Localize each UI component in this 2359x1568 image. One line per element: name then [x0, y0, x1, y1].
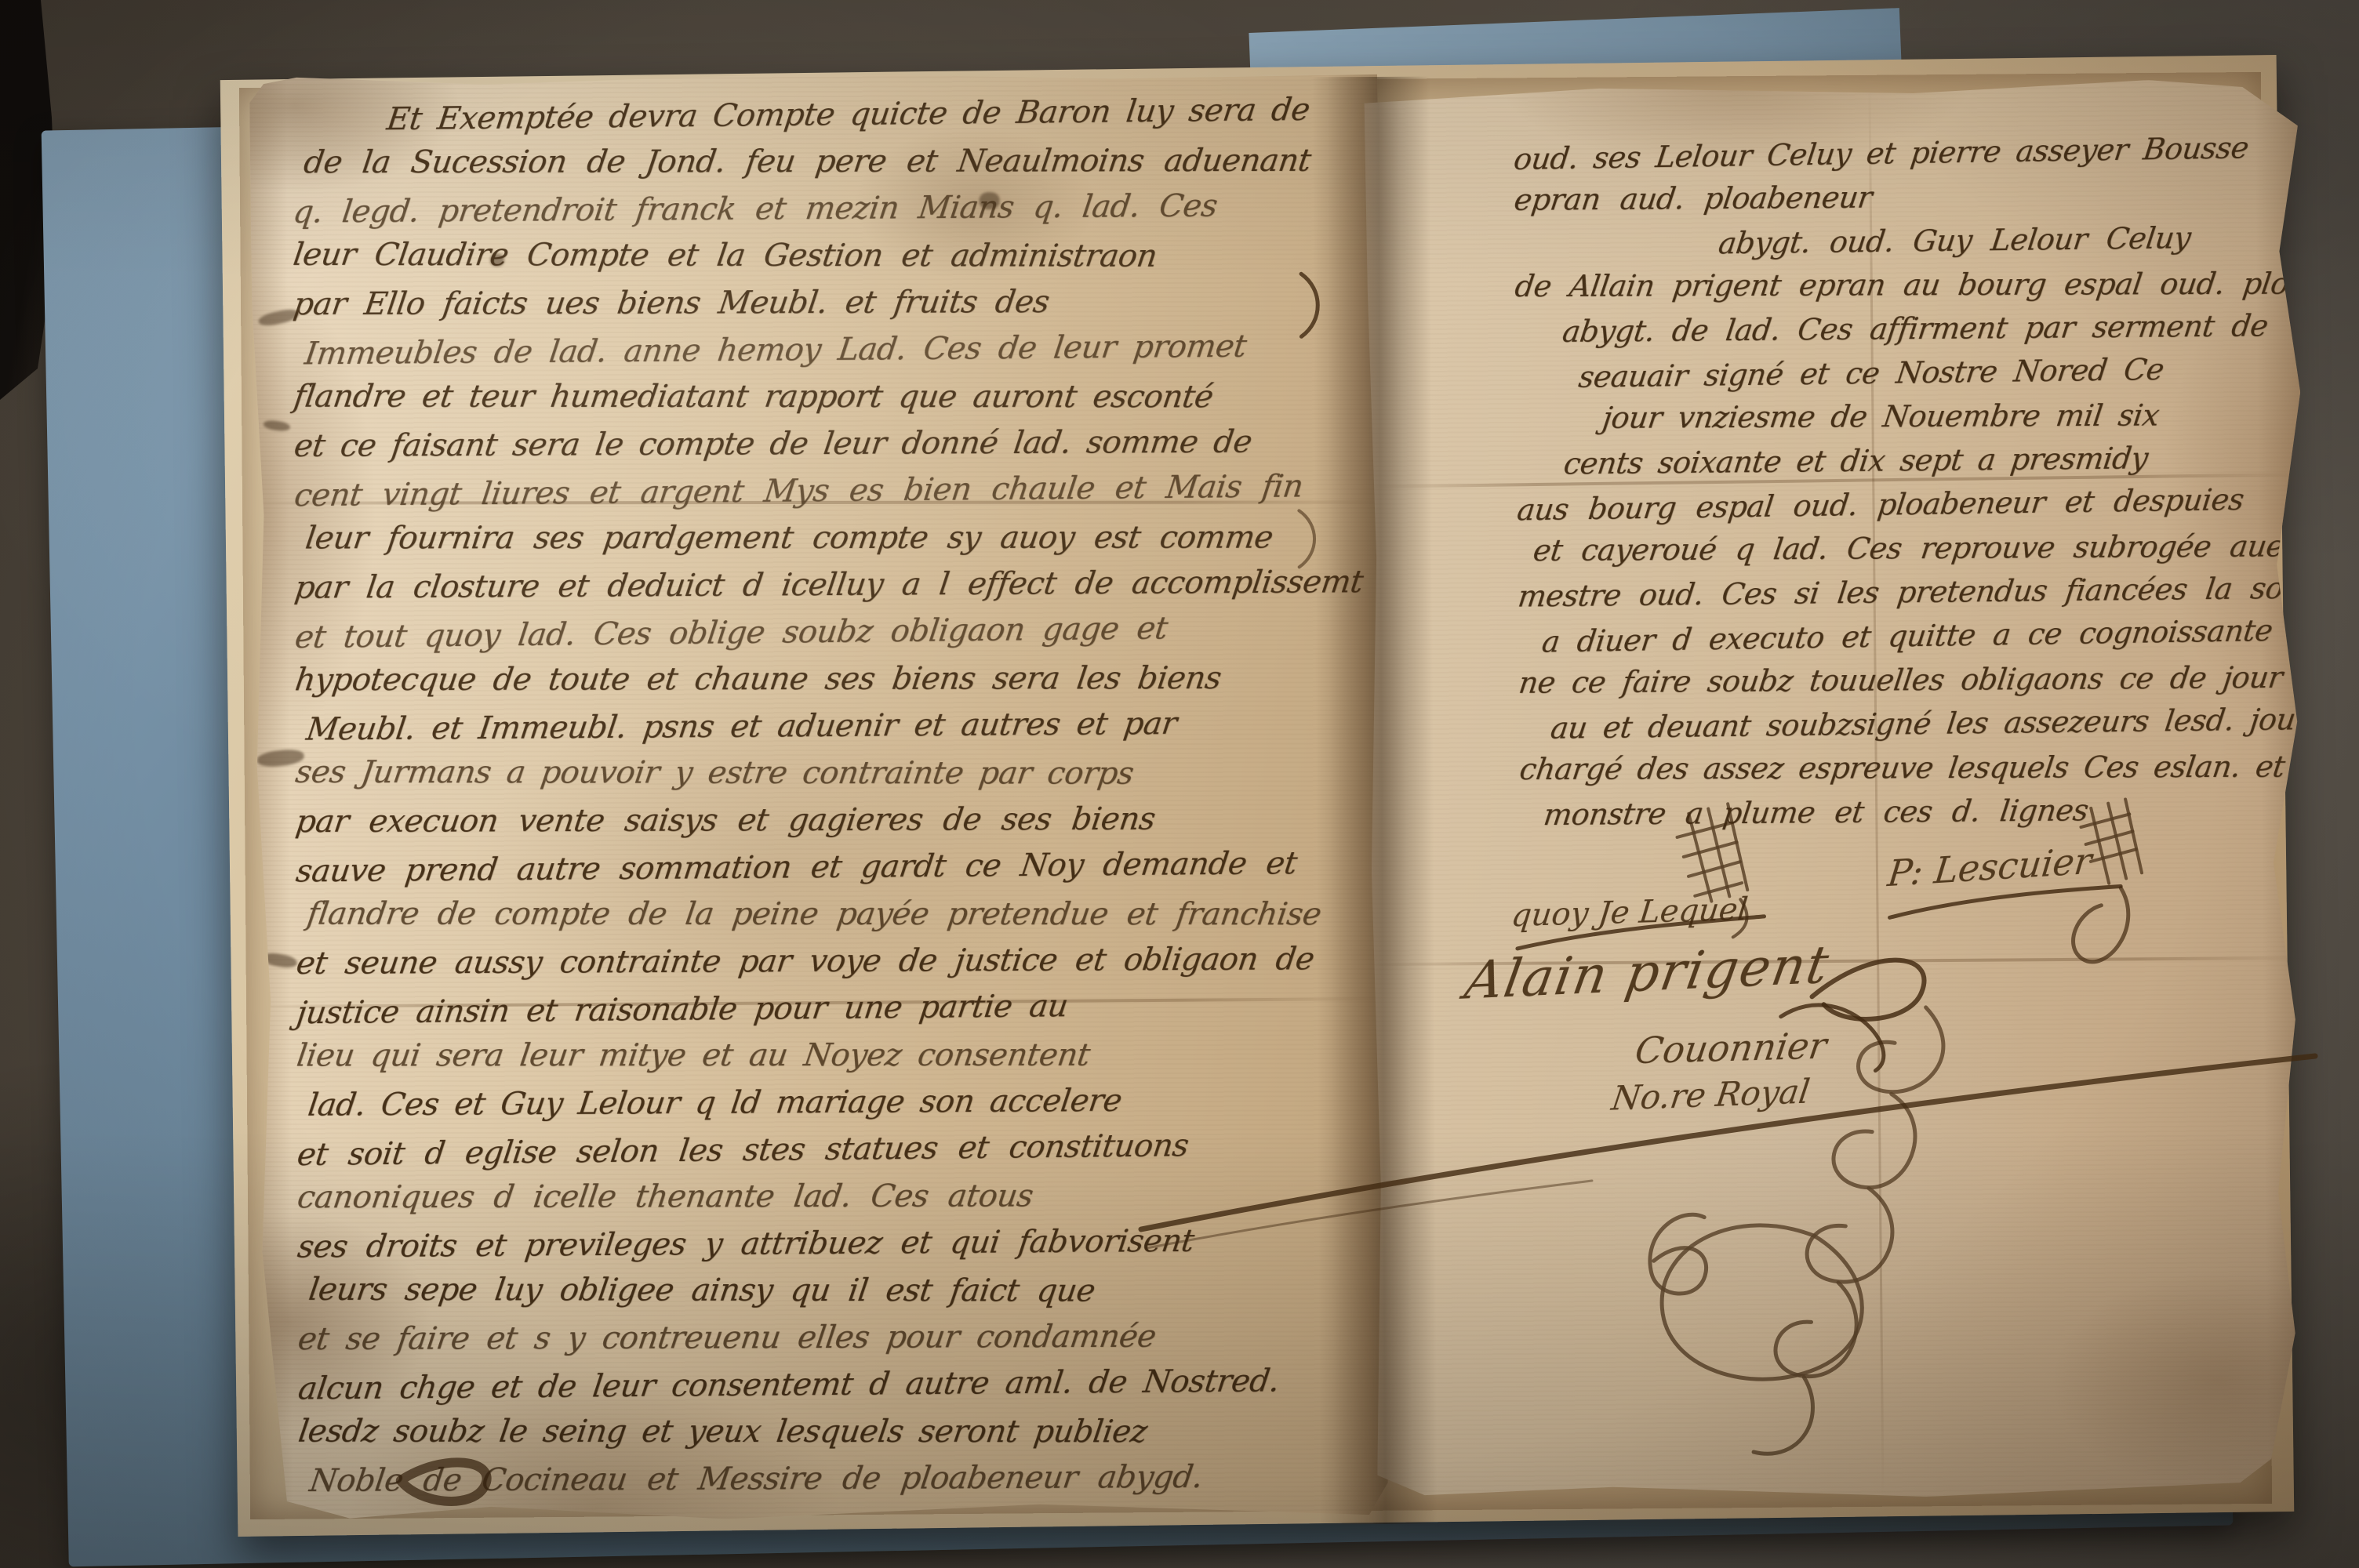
left-manuscript-page: Et Exemptée devra Compte quicte de Baron… — [249, 71, 1388, 1525]
manuscript-line: et soit d eglise selon les stes statues … — [294, 1120, 1361, 1178]
right-manuscript-page: oud. ses Lelour Celuy et pierre asseyer … — [1364, 78, 2310, 1501]
manuscript-line: sauve prend autre sommation et gardt ce … — [293, 839, 1360, 895]
manuscript-line: seauair signé et ce Nostre Nored Ce — [1576, 346, 2276, 399]
notary-signature: P: Lescuier — [1885, 840, 2094, 895]
manuscript-line: lieu qui sera leur mitye et au Noyez con… — [294, 1031, 1361, 1079]
manuscript-line: monstre a plume et ces d. lignes — [1541, 786, 2280, 837]
manuscript-line: leur fournira ses pardgement compte sy a… — [303, 514, 1358, 561]
manuscript-line: de la Sucession de Jond. feu pere et Nea… — [301, 137, 1357, 187]
manuscript-line: Et Exemptée devra Compte quicte de Baron… — [384, 85, 1357, 143]
right-page-text-block: oud. ses Lelour Celuy et pierre asseyer … — [1514, 129, 2277, 839]
manuscript-line: alcun chge et de leur consentemt d autre… — [296, 1356, 1362, 1412]
notary-title: No.re Royal — [1609, 1073, 1812, 1118]
secondary-signature: Couonnier — [1632, 1025, 1829, 1073]
manuscript-line: et se faire et s y contreuenu elles pour… — [295, 1312, 1361, 1363]
manuscript-line: au et deuant soubzsigné les assezeurs le… — [1548, 697, 2279, 750]
manuscript-line: et tout quoy lad. Ces oblige soubz oblig… — [292, 603, 1358, 661]
manuscript-line: q. legd. pretendroit franck et mezin Mia… — [290, 181, 1357, 235]
manuscript-line: Noble de Cocineau et Messire de ploabene… — [307, 1453, 1362, 1504]
manuscript-line: et ce faisant sera le compte de leur don… — [291, 418, 1358, 470]
manuscript-line: epran aud. ploabeneur — [1511, 172, 2274, 222]
manuscript-line: cent vingt liures et argent Mys es bien … — [292, 463, 1358, 520]
manuscript-line: abygt. de lad. Ces affirment par serment… — [1560, 303, 2275, 354]
manuscript-line: aus bourg espal oud. ploabeneur et despu… — [1514, 477, 2277, 532]
manuscript-line: hypotecque de toute et chaune ses biens … — [292, 655, 1358, 704]
manuscript-line: jour vnziesme de Nouembre mil six — [1600, 393, 2277, 440]
manuscript-line: par la closture et deduict d icelluy a l… — [292, 558, 1358, 612]
manuscript-line: ses Jurmans a pouvoir y estre contrainte… — [293, 749, 1360, 797]
manuscript-line: de Allain prigent epran au bourg espal o… — [1512, 262, 2275, 308]
manuscript-line: ne ce faire soubz touuelles obligaons ce… — [1516, 655, 2278, 705]
manuscript-line: Meubl. et Immeubl. psns et aduenir et au… — [304, 699, 1359, 753]
manuscript-line: et cayeroué q lad. Ces reprouve subrogée… — [1531, 524, 2278, 572]
manuscript-line: par execuon vente saisys et gagieres de … — [293, 795, 1359, 845]
photograph-of-manuscript: Et Exemptée devra Compte quicte de Baron… — [0, 0, 2359, 1568]
manuscript-line: chargé des assez espreuve lesquels Ces e… — [1517, 745, 2280, 791]
party-signature: Alain prigent — [1461, 934, 1834, 1011]
manuscript-line: ses droits et previleges y attribuez et … — [295, 1216, 1361, 1270]
manuscript-line: flandre et teur humediatant rapport que … — [291, 373, 1358, 421]
manuscript-line: lesdz soubz le seing et yeux lesquels se… — [296, 1408, 1362, 1456]
manuscript-line: lad. Ces et Guy Lelour q ld mariage son … — [305, 1076, 1361, 1129]
manuscript-line: et seune aussy contrainte par voye de ju… — [293, 935, 1360, 987]
attestation-phrase: quoy Je Lequel — [1510, 891, 1750, 934]
manuscript-line: Immeubles de lad. anne hemoy Lad. Ces de… — [302, 322, 1358, 378]
manuscript-line: flandre de compte de la peine payée pret… — [304, 891, 1360, 938]
left-page-text-block: Et Exemptée devra Compte quicte de Baron… — [293, 90, 1359, 1506]
manuscript-line: abygt. oud. Guy Lelour Celuy — [1716, 215, 2274, 266]
manuscript-line: leur Claudire Compte et la Gestion et ad… — [290, 231, 1358, 280]
ink-smudge — [263, 419, 290, 432]
manuscript-line: par Ello faicts ues biens Meubl. et frui… — [290, 278, 1357, 328]
manuscript-line: leurs sepe luy obligee ainsy qu il est f… — [306, 1266, 1362, 1315]
manuscript-line: justice ainsin et raisonable pour une pa… — [294, 980, 1361, 1037]
manuscript-line: canoniques d icelle thenante lad. Ces at… — [294, 1172, 1361, 1221]
